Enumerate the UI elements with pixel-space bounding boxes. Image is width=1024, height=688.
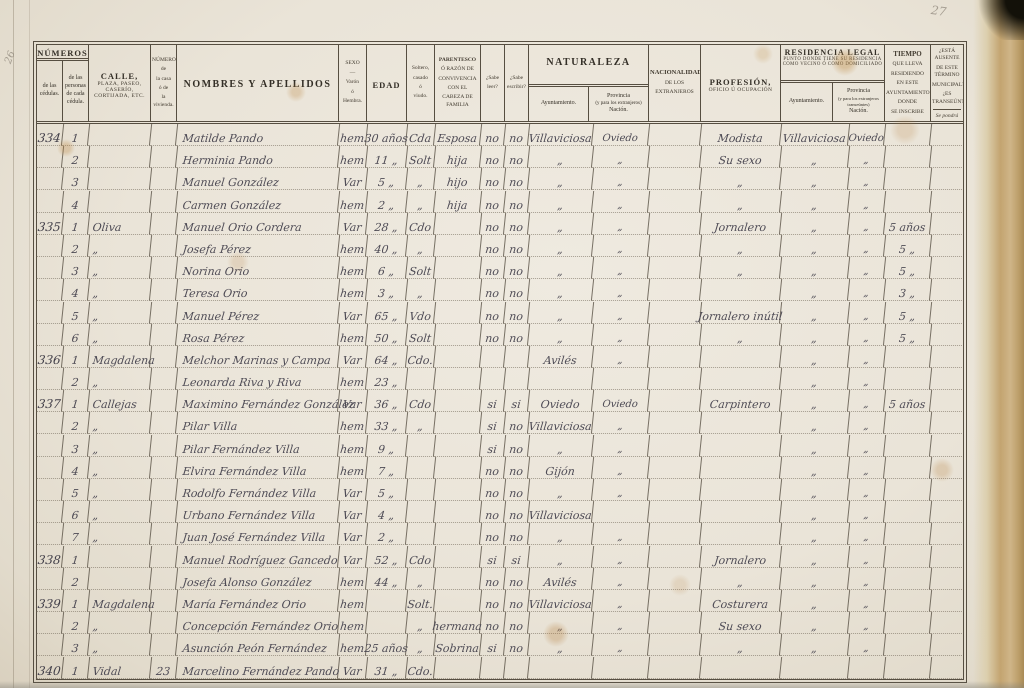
- page-bottom-edge: [0, 681, 1024, 688]
- cell-lee: si: [480, 435, 506, 457]
- cell-nat_prov: „: [592, 279, 650, 301]
- cell-escribe: no: [504, 302, 530, 324]
- cell-ausente: [930, 124, 964, 146]
- header-numero-casa-l3: la casa: [151, 75, 176, 84]
- cell-lee: no: [480, 168, 506, 190]
- cell-ausente: [930, 412, 964, 434]
- cell-estado: Solt: [406, 257, 436, 279]
- cell-sexo: hem: [338, 146, 368, 168]
- header-calle-sub1: PLAZA, PASEO, CASERÍO,: [89, 81, 150, 93]
- header-profesion-title: PROFESIÓN,: [701, 74, 780, 87]
- cell-lee: [480, 346, 506, 368]
- cell-profesion: Modista: [700, 124, 782, 146]
- header-parentesco-title: PARENTESCO: [435, 56, 480, 65]
- cell-lee: no: [480, 213, 506, 235]
- cell-nat_prov: „: [592, 612, 650, 634]
- cell-estado: [406, 479, 436, 501]
- cell-persona: 1: [62, 657, 90, 679]
- cell-nacionalidad: [648, 368, 702, 390]
- cell-nacionalidad: [648, 346, 702, 368]
- cell-ausente: [930, 457, 964, 479]
- cell-nat_prov: „: [592, 191, 650, 213]
- cell-res_ayto: „: [780, 479, 850, 501]
- cell-edad: 25 años: [366, 634, 408, 656]
- header-calle: CALLE, PLAZA, PASEO, CASERÍO, CORTIJADA,…: [89, 45, 151, 121]
- cell-persona: 2: [62, 568, 90, 590]
- cell-parentesco: [434, 213, 482, 235]
- cell-edad: 28 „: [366, 213, 408, 235]
- header-numeros: NÚMEROS de las cédulas. de las personas …: [37, 45, 89, 121]
- header-estado-l3: ó: [407, 83, 434, 92]
- cell-estado: Solt.: [406, 590, 436, 612]
- census-table: NÚMEROS de las cédulas. de las personas …: [36, 44, 964, 680]
- cell-ausente: [930, 479, 964, 501]
- cell-nombre: Josefa Pérez: [176, 235, 340, 257]
- cell-edad: [366, 590, 408, 612]
- cell-calle: [88, 124, 152, 146]
- cell-casa: [150, 390, 178, 412]
- cell-tiempo: 5 „: [884, 324, 932, 346]
- cell-sexo: Var: [338, 546, 368, 568]
- census-sheet-scan: 26 27 NÚMEROS de las cédulas. de las per…: [0, 0, 1024, 688]
- cell-nombre: Rodolfo Fernández Villa: [176, 479, 340, 501]
- header-numero-casa-l4: ó de: [151, 84, 176, 93]
- header-numeros-subcolumns: de las cédulas. de las personas de cada …: [37, 58, 88, 121]
- cell-nat_ayto: Oviedo: [528, 390, 594, 412]
- cell-estado: [406, 523, 436, 545]
- cell-cedula: [36, 279, 64, 301]
- cell-escribe: no: [504, 457, 530, 479]
- cell-ausente: [930, 390, 964, 412]
- cell-nat_prov: [592, 501, 650, 523]
- cell-sexo: Var: [338, 501, 368, 523]
- cell-tiempo: [884, 590, 932, 612]
- cell-nombre: Josefa Alonso González: [176, 568, 340, 590]
- header-nombres-title: NOMBRES Y APELLIDOS: [177, 76, 338, 90]
- header-ausente-divider: [933, 109, 961, 110]
- cell-casa: [150, 523, 178, 545]
- cell-parentesco: [434, 568, 482, 590]
- cell-edad: 40 „: [366, 235, 408, 257]
- cell-persona: 2: [62, 146, 90, 168]
- header-nacionalidad-l3: EXTRANJEROS: [649, 88, 700, 97]
- cell-sexo: Var: [338, 479, 368, 501]
- cell-cedula: 335: [36, 213, 64, 235]
- cell-parentesco: [434, 479, 482, 501]
- cell-res_prov: „: [848, 457, 886, 479]
- scan-background-corner: [972, 0, 1024, 40]
- cell-res_ayto: „: [780, 412, 850, 434]
- cell-res_ayto: „: [780, 368, 850, 390]
- table-row: 3361MagdalenaMelchor Marinas y CampaVar6…: [37, 346, 963, 368]
- cell-tiempo: [884, 479, 932, 501]
- table-row: 3Manuel GonzálezVar5 „„hijonono„„„„„: [37, 168, 963, 190]
- cell-cedula: [36, 302, 64, 324]
- header-numero-casa-l1: NÚMERO: [151, 56, 176, 65]
- header-nacionalidad-l2: DE LOS: [649, 79, 700, 88]
- cell-nombre: Concepción Fernández Orio: [176, 612, 340, 634]
- cell-ausente: [930, 546, 964, 568]
- header-tiempo-l4: EN ESTE: [885, 79, 930, 88]
- cell-calle: „: [88, 479, 152, 501]
- cell-nacionalidad: [648, 324, 702, 346]
- header-estado-l4: viudo.: [407, 92, 434, 101]
- cell-estado: Cdo: [406, 390, 436, 412]
- cell-edad: 64 „: [366, 346, 408, 368]
- cell-tiempo: [884, 634, 932, 656]
- cell-nacionalidad: [648, 657, 702, 679]
- cell-lee: si: [480, 390, 506, 412]
- cell-casa: 23: [150, 657, 178, 679]
- cell-nat_ayto: „: [528, 235, 594, 257]
- header-parentesco: PARENTESCO Ó RAZÓN DE CONVIVENCIA CON EL…: [435, 45, 481, 121]
- cell-nombre: Manuel Rodríguez Gancedo: [176, 546, 340, 568]
- cell-nacionalidad: [648, 479, 702, 501]
- cell-cedula: 334: [36, 124, 64, 146]
- cell-edad: 7 „: [366, 457, 408, 479]
- cell-casa: [150, 546, 178, 568]
- cell-nombre: María Fernández Orio: [176, 590, 340, 612]
- cell-profesion: [700, 479, 782, 501]
- cell-escribe: no: [504, 213, 530, 235]
- cell-nat_ayto: [528, 368, 594, 390]
- cell-persona: 2: [62, 412, 90, 434]
- cell-res_ayto: „: [780, 546, 850, 568]
- header-parentesco-l2: CONVIVENCIA: [435, 75, 480, 84]
- cell-tiempo: [884, 501, 932, 523]
- cell-sexo: hem: [338, 612, 368, 634]
- table-row: 2Josefa Alonso Gonzálezhem44 „„nonoAvilé…: [37, 568, 963, 590]
- header-naturaleza-prov-l3: Nación.: [590, 107, 647, 115]
- cell-tiempo: 5 años: [884, 390, 932, 412]
- cell-edad: 33 „: [366, 412, 408, 434]
- cell-nat_prov: „: [592, 235, 650, 257]
- cell-escribe: no: [504, 257, 530, 279]
- cell-nat_prov: „: [592, 324, 650, 346]
- header-numero-casa-l2: de: [151, 65, 176, 74]
- cell-profesion: Costurera: [700, 590, 782, 612]
- cell-lee: no: [480, 590, 506, 612]
- header-nacionalidad: NACIONALIDAD DE LOS EXTRANJEROS: [649, 45, 701, 121]
- cell-res_prov: „: [848, 479, 886, 501]
- cell-cedula: [36, 412, 64, 434]
- cell-parentesco: Esposa: [434, 124, 482, 146]
- cell-estado: [406, 368, 436, 390]
- header-naturaleza-ayuntamiento: Ayuntamiento.: [529, 87, 589, 121]
- cell-casa: [150, 168, 178, 190]
- cell-edad: 2 „: [366, 523, 408, 545]
- header-lee-l2: leer?: [481, 83, 504, 92]
- cell-calle: „: [88, 302, 152, 324]
- cell-casa: [150, 590, 178, 612]
- cell-nombre: Melchor Marinas y Campa: [176, 346, 340, 368]
- cell-res_ayto: „: [780, 302, 850, 324]
- cell-calle: „: [88, 501, 152, 523]
- cell-sexo: hem: [338, 368, 368, 390]
- header-numero-casa-l5: la vivienda.: [151, 93, 176, 110]
- cell-parentesco: [434, 657, 482, 679]
- cell-sexo: hem: [338, 568, 368, 590]
- cell-profesion: [700, 368, 782, 390]
- cell-lee: si: [480, 546, 506, 568]
- cell-parentesco: hijo: [434, 168, 482, 190]
- cell-cedula: [36, 501, 64, 523]
- header-residencia-prov-l3: Nación.: [834, 108, 883, 116]
- cell-res_prov: „: [848, 324, 886, 346]
- cell-escribe: no: [504, 191, 530, 213]
- cell-edad: 50 „: [366, 324, 408, 346]
- cell-nacionalidad: [648, 457, 702, 479]
- cell-parentesco: [434, 368, 482, 390]
- cell-nat_ayto: Avilés: [528, 568, 594, 590]
- cell-lee: no: [480, 324, 506, 346]
- cell-estado: Cdo.: [406, 657, 436, 679]
- cell-escribe: [504, 368, 530, 390]
- cell-res_prov: „: [848, 523, 886, 545]
- cell-tiempo: 5 „: [884, 257, 932, 279]
- cell-cedula: [36, 523, 64, 545]
- header-tiempo-l1: TIEMPO: [885, 49, 930, 60]
- cell-profesion: [700, 523, 782, 545]
- cell-profesion: [700, 657, 782, 679]
- cell-nat_ayto: „: [528, 523, 594, 545]
- cell-cedula: [36, 612, 64, 634]
- cell-nat_prov: „: [592, 213, 650, 235]
- cell-tiempo: 5 años: [884, 213, 932, 235]
- cell-persona: 6: [62, 501, 90, 523]
- cell-ausente: [930, 657, 964, 679]
- cell-profesion: [700, 457, 782, 479]
- cell-nat_ayto: Avilés: [528, 346, 594, 368]
- header-calle-sub2: CORTIJADA, ETC.: [89, 93, 150, 99]
- table-row: 3401Vidal23Marcelino Fernández PandoVar3…: [37, 657, 963, 679]
- cell-nat_prov: „: [592, 479, 650, 501]
- cell-escribe: no: [504, 435, 530, 457]
- cell-ausente: [930, 501, 964, 523]
- cell-estado: Cdo.: [406, 346, 436, 368]
- cell-nat_ayto: „: [528, 213, 594, 235]
- cell-edad: 30 años: [366, 124, 408, 146]
- cell-nombre: Asunción Peón Fernández: [176, 634, 340, 656]
- cell-cedula: [36, 479, 64, 501]
- cell-ausente: [930, 146, 964, 168]
- cell-estado: Solt: [406, 146, 436, 168]
- header-estado-l1: Soltero,: [407, 64, 434, 73]
- table-row: 3„Asunción Peón Fernándezhem25 años„Sobr…: [37, 634, 963, 656]
- header-tiempo-l2: QUE LLEVA: [885, 60, 930, 69]
- cell-casa: [150, 368, 178, 390]
- cell-nombre: Pilar Villa: [176, 412, 340, 434]
- cell-nat_prov: „: [592, 457, 650, 479]
- cell-nat_prov: Oviedo: [592, 390, 650, 412]
- cell-nombre: Leonarda Riva y Riva: [176, 368, 340, 390]
- header-tiempo-l5: AYUNTAMIENTO: [885, 89, 930, 98]
- cell-nacionalidad: [648, 612, 702, 634]
- header-cedulas: de las cédulas.: [37, 61, 63, 121]
- cell-nacionalidad: [648, 634, 702, 656]
- cell-profesion: Jornalero inútil: [700, 302, 782, 324]
- table-row: 3341Matilde Pandohem30 añosCdaEsposanono…: [37, 124, 963, 146]
- cell-estado: Cda: [406, 124, 436, 146]
- cell-casa: [150, 435, 178, 457]
- cell-lee: no: [480, 302, 506, 324]
- cell-tiempo: [884, 124, 932, 146]
- cell-nombre: Rosa Pérez: [176, 324, 340, 346]
- cell-res_ayto: „: [780, 168, 850, 190]
- cell-sexo: hem: [338, 457, 368, 479]
- cell-nombre: Elvira Fernández Villa: [176, 457, 340, 479]
- cell-lee: no: [480, 257, 506, 279]
- header-tiempo: TIEMPO QUE LLEVA RESIDIENDO EN ESTE AYUN…: [885, 45, 931, 121]
- cell-profesion: [700, 435, 782, 457]
- cell-escribe: no: [504, 124, 530, 146]
- cell-nat_ayto: „: [528, 146, 594, 168]
- cell-edad: 11 „: [366, 146, 408, 168]
- cell-estado: „: [406, 235, 436, 257]
- cell-parentesco: hermana: [434, 612, 482, 634]
- cell-sexo: Var: [338, 346, 368, 368]
- cell-cedula: [36, 168, 64, 190]
- cell-sexo: Var: [338, 523, 368, 545]
- cell-cedula: 336: [36, 346, 64, 368]
- cell-profesion: Carpintero: [700, 390, 782, 412]
- cell-edad: 65 „: [366, 302, 408, 324]
- cell-nacionalidad: [648, 523, 702, 545]
- cell-cedula: [36, 191, 64, 213]
- cell-edad: 36 „: [366, 390, 408, 412]
- cell-res_ayto: „: [780, 213, 850, 235]
- cell-casa: [150, 479, 178, 501]
- cell-nacionalidad: [648, 302, 702, 324]
- cell-edad: 52 „: [366, 546, 408, 568]
- header-escribe-l2: escribir?: [505, 83, 528, 92]
- cell-estado: [406, 457, 436, 479]
- cell-calle: „: [88, 523, 152, 545]
- cell-nacionalidad: [648, 412, 702, 434]
- cell-res_ayto: „: [780, 146, 850, 168]
- cell-sexo: hem: [338, 235, 368, 257]
- cell-sexo: hem: [338, 590, 368, 612]
- cell-cedula: [36, 146, 64, 168]
- cell-nombre: Matilde Pando: [176, 124, 340, 146]
- cell-nombre: Juan José Fernández Villa: [176, 523, 340, 545]
- cell-lee: no: [480, 235, 506, 257]
- header-numero-casa: NÚMERO de la casa ó de la vivienda.: [151, 45, 177, 121]
- header-nombres: NOMBRES Y APELLIDOS: [177, 45, 339, 121]
- cell-calle: Magdalena: [88, 590, 152, 612]
- cell-nacionalidad: [648, 390, 702, 412]
- cell-cedula: [36, 435, 64, 457]
- table-row: 4Carmen Gonzálezhem2 „„hijanono„„„„„: [37, 191, 963, 213]
- cell-casa: [150, 235, 178, 257]
- cell-nat_ayto: Villaviciosa: [528, 501, 594, 523]
- cell-persona: 1: [62, 590, 90, 612]
- cell-parentesco: Sobrina: [434, 634, 482, 656]
- cell-ausente: [930, 435, 964, 457]
- cell-res_ayto: „: [780, 523, 850, 545]
- cell-nat_prov: „: [592, 168, 650, 190]
- header-residencia: RESIDENCIA LEGAL PUNTO DONDE TIENE SU RE…: [781, 45, 885, 121]
- cell-calle: Magdalena: [88, 346, 152, 368]
- header-profesion-sub: OFICIO Ú OCUPACIÓN: [701, 87, 780, 93]
- header-naturaleza-subcolumns: Ayuntamiento. Provincia (y para los extr…: [529, 84, 648, 121]
- cell-res_prov: „: [848, 235, 886, 257]
- cell-escribe: [504, 657, 530, 679]
- header-calle-title: CALLE,: [89, 68, 150, 81]
- cell-calle: [88, 168, 152, 190]
- table-row: 4„Teresa Oriohem3 „„nono„„„„3 „: [37, 279, 963, 301]
- cell-casa: [150, 457, 178, 479]
- cell-nat_ayto: „: [528, 279, 594, 301]
- cell-calle: „: [88, 612, 152, 634]
- cell-res_ayto: [780, 657, 850, 679]
- cell-ausente: [930, 346, 964, 368]
- cell-calle: Callejas: [88, 390, 152, 412]
- cell-nat_prov: Oviedo: [592, 124, 650, 146]
- cell-nacionalidad: [648, 590, 702, 612]
- cell-tiempo: [884, 657, 932, 679]
- header-parentesco-l3: CON EL: [435, 84, 480, 93]
- cell-estado: „: [406, 191, 436, 213]
- cell-tiempo: 3 „: [884, 279, 932, 301]
- cell-cedula: [36, 235, 64, 257]
- cell-sexo: Var: [338, 657, 368, 679]
- header-residencia-prov-l1: Provincia: [834, 88, 883, 96]
- cell-sexo: hem: [338, 412, 368, 434]
- cell-casa: [150, 279, 178, 301]
- cell-nat_ayto: „: [528, 546, 594, 568]
- cell-escribe: no: [504, 168, 530, 190]
- cell-casa: [150, 191, 178, 213]
- header-estado-civil: Soltero, casado ó viudo.: [407, 45, 435, 121]
- table-row: 6„Rosa Pérezhem50 „Soltnono„„„„„5 „: [37, 324, 963, 346]
- cell-res_ayto: „: [780, 279, 850, 301]
- header-sabe-leer: ¿Sabe leer?: [481, 45, 505, 121]
- binding-crease: [13, 0, 14, 688]
- header-ausente-l4: ¿ES TRANSEÚNTE?: [931, 90, 963, 107]
- cell-res_ayto: „: [780, 235, 850, 257]
- cell-estado: [406, 501, 436, 523]
- cell-sexo: hem: [338, 191, 368, 213]
- cell-res_prov: „: [848, 501, 886, 523]
- table-row: 2„Concepción Fernández Oriohem„hermanano…: [37, 612, 963, 634]
- cell-lee: no: [480, 191, 506, 213]
- cell-persona: 5: [62, 302, 90, 324]
- cell-nat_ayto: „: [528, 191, 594, 213]
- cell-cedula: [36, 257, 64, 279]
- cell-persona: 7: [62, 523, 90, 545]
- cell-escribe: no: [504, 146, 530, 168]
- header-parentesco-l4: CABEZA DE FAMILIA: [435, 93, 480, 110]
- header-tiempo-l7: SE INSCRIBE: [885, 108, 930, 117]
- cell-res_prov: „: [848, 279, 886, 301]
- cell-parentesco: [434, 346, 482, 368]
- table-row: 3381Manuel Rodríguez GancedoVar52 „Cdosi…: [37, 546, 963, 568]
- table-row: 3„Norina Oriohem6 „Soltnono„„„„„5 „: [37, 257, 963, 279]
- cell-calle: „: [88, 324, 152, 346]
- cell-nacionalidad: [648, 146, 702, 168]
- cell-edad: [366, 612, 408, 634]
- cell-escribe: no: [504, 324, 530, 346]
- cell-sexo: Var: [338, 302, 368, 324]
- cell-parentesco: [434, 457, 482, 479]
- cell-nombre: Manuel González: [176, 168, 340, 190]
- cell-res_prov: „: [848, 191, 886, 213]
- table-row: 3351OlivaManuel Orio CorderaVar28 „Cdono…: [37, 213, 963, 235]
- table-row: 3371CallejasMaximino Fernández GonzálezV…: [37, 390, 963, 412]
- cell-res_prov: „: [848, 302, 886, 324]
- cell-escribe: no: [504, 612, 530, 634]
